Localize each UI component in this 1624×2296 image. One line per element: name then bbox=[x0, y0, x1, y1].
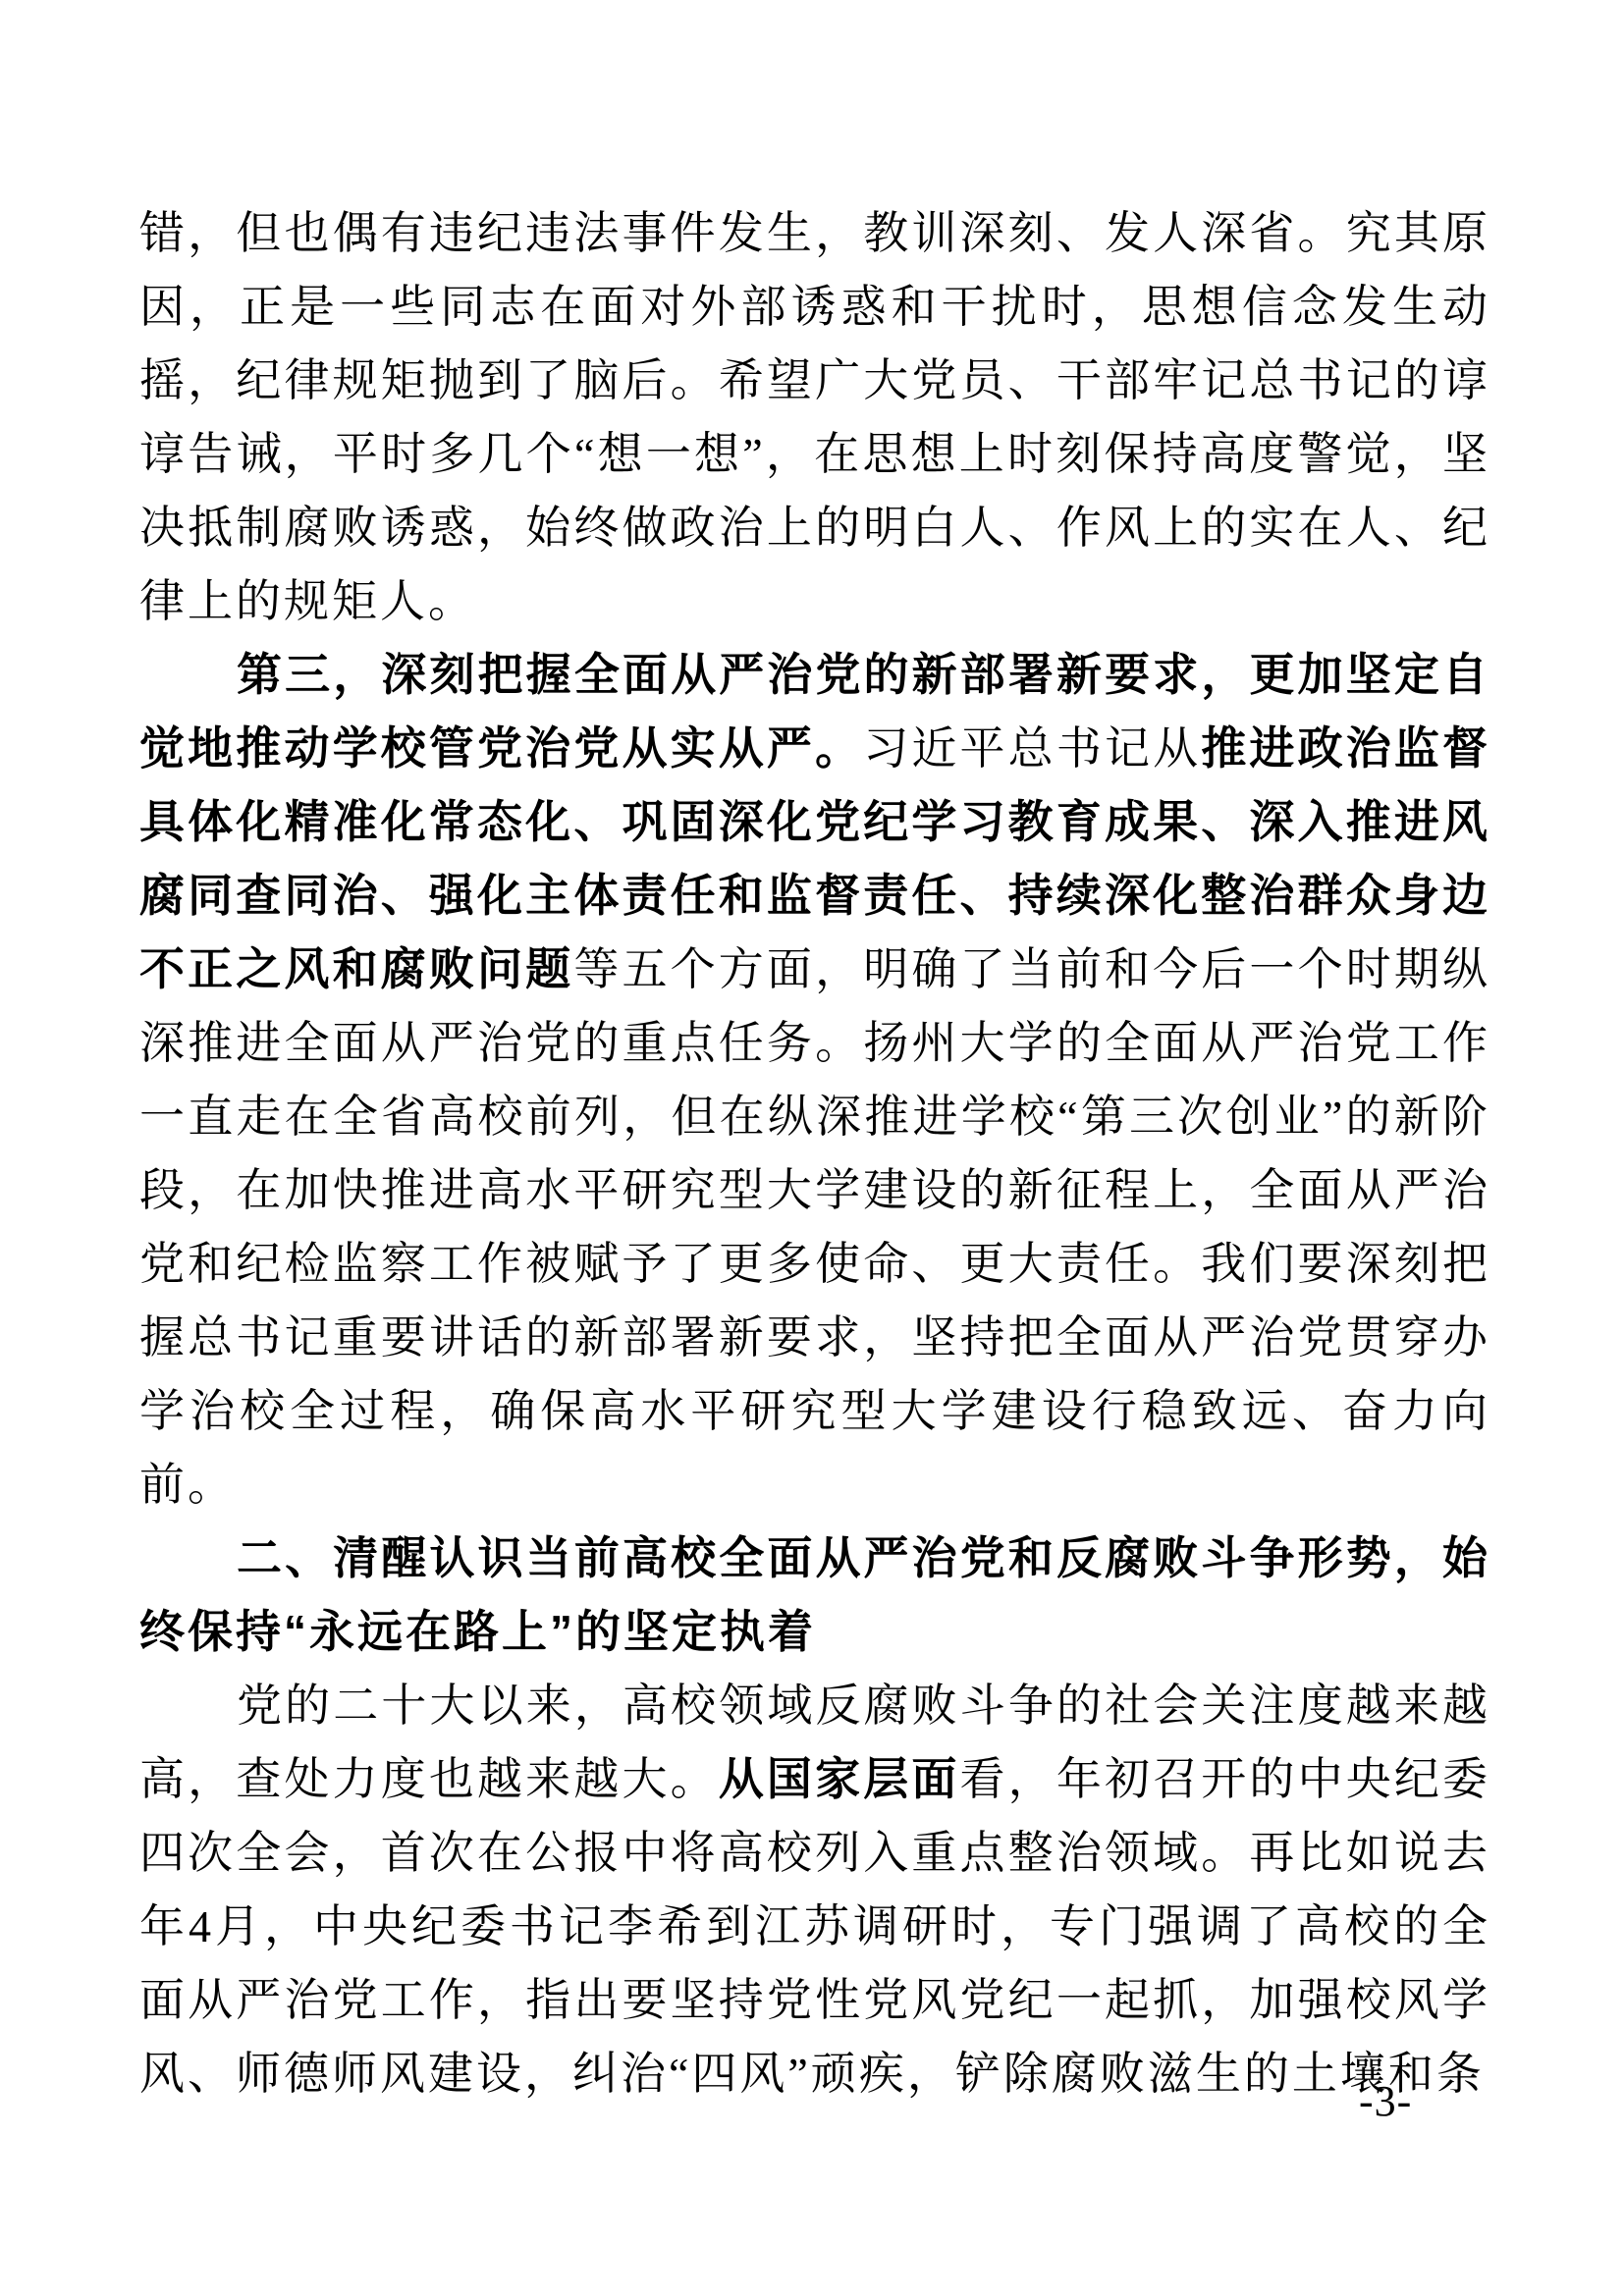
paragraph-text: 等五个方面，明确了当前和今后一个时期纵深推进全面从严治党的重点任务。扬州大学的全… bbox=[139, 944, 1490, 1510]
paragraph-text: 看，年初召开的中央纪委四次全会，首次在公报中将高校列入重点整治领域。再比如说去年… bbox=[139, 1754, 1490, 2099]
text-column: 错，但也偶有违纪违法事件发生，教训深刻、发人深省。究其原因，正是一些同志在面对外… bbox=[139, 196, 1490, 2110]
paragraph-party-congress: 党的二十大以来，高校领域反腐败斗争的社会关注度越来越高，查处力度也越来越大。从国… bbox=[139, 1669, 1490, 2110]
section-heading: 二、清醒认识当前高校全面从严治党和反腐败斗争形势，始终保持“永远在路上”的坚定执… bbox=[139, 1522, 1490, 1669]
paragraph-point-three: 第三，深刻把握全面从严治党的新部署新要求，更加坚定自觉地推动学校管党治党从实从严… bbox=[139, 638, 1490, 1522]
emphasis-text: 从国家层面 bbox=[719, 1754, 960, 1804]
paragraph-continuation: 错，但也偶有违纪违法事件发生，教训深刻、发人深省。究其原因，正是一些同志在面对外… bbox=[139, 196, 1490, 638]
page-number: -3- bbox=[1359, 2077, 1412, 2126]
document-page: 错，但也偶有违纪违法事件发生，教训深刻、发人深省。究其原因，正是一些同志在面对外… bbox=[0, 0, 1624, 2296]
paragraph-text: 习近平总书记从 bbox=[863, 723, 1201, 774]
paragraph-text: 错，但也偶有违纪违法事件发生，教训深刻、发人深省。究其原因，正是一些同志在面对外… bbox=[139, 208, 1490, 626]
